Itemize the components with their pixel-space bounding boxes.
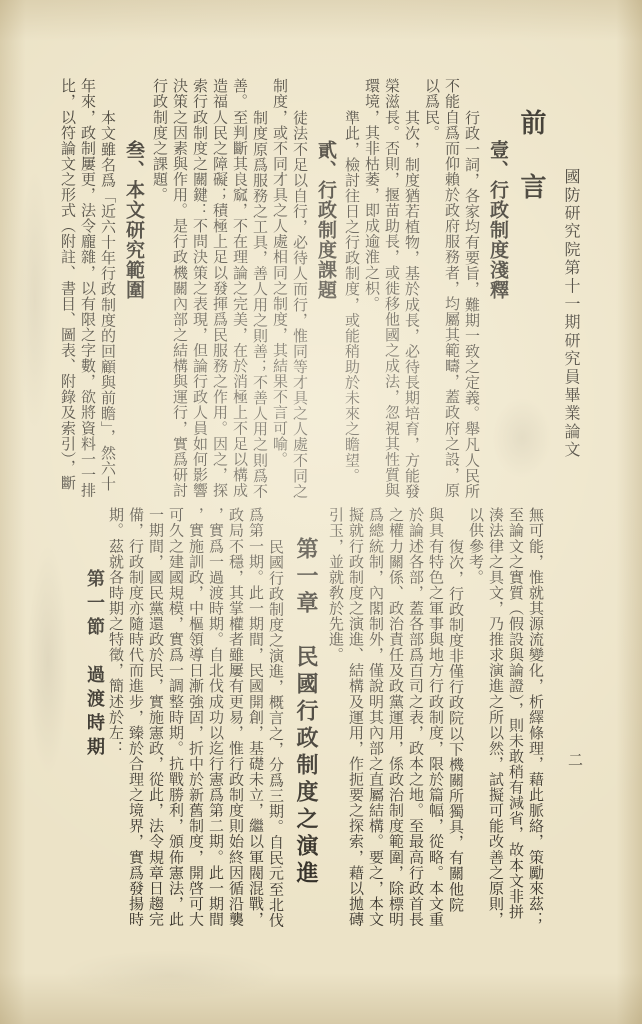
text-column: 引玉，並就敎於先進。	[326, 507, 346, 936]
text-column: 至論文之實質（假設與論證），則未敢稍有減省，故本文非拼	[506, 507, 526, 936]
text-column: 環境，其非枯萎，即成逾淮之枳。	[362, 78, 382, 499]
text-column: 復次，行政制度非僅行政院以下機關所獨具，有關他院	[446, 507, 466, 936]
text-column: ，實爲一過渡時期。自北伐成功以迄行憲爲第二期。此一期間	[206, 507, 226, 936]
text-column: 制度，或不同才具之人處相同之制度，其結果不言可喻。	[270, 78, 290, 499]
text-column: 其次，制度猶若植物，基於成長，必待長期培育，方能發	[402, 78, 422, 499]
text-column: 行政制度之課題。	[150, 78, 170, 499]
scanned-thesis-page: 國防研究院第十一期研究員畢業論文 二 前 言 壹、行政制度淺釋 行政一詞，各家均…	[0, 0, 642, 1024]
bleedthrough-smudge	[28, 545, 68, 775]
journal-series-label: 國防研究院第十一期研究員畢業論文	[560, 168, 583, 459]
bleedthrough-smudge	[60, 950, 280, 1000]
chapter-heading: 第一章 民國行政制度之演進	[291, 507, 321, 936]
text-column: 備，行政制度亦隨時代而進步，臻於合理之境界，實爲發揚時	[126, 507, 146, 936]
text-column: 期。茲就各時期之特徵，簡述於左：	[106, 507, 126, 936]
text-column: 與具有特色之軍事與地方行政制度，限於篇幅，從略。本文重	[426, 507, 446, 936]
text-column: 之權力關係、政治責任及政黨運用，係政治制度範圍，除標明	[386, 507, 406, 936]
section-heading-1: 壹、行政制度淺釋	[486, 78, 510, 499]
text-column: 可久之建國規模，實爲一調整時期。抗戰勝利，頒佈憲法，此	[166, 507, 186, 936]
text-column: 於論述各部，蓋各部爲百司之表，政本之地。至最高行政首長	[406, 507, 426, 936]
text-column: 善。至判斷其良窳，不在理論之完美，在於消極上不足以構成	[230, 78, 250, 499]
text-column: 行政一詞，各家均有要旨，難期一致之定義。舉凡人民所	[462, 78, 482, 499]
section-heading-2: 貳、行政制度課題	[314, 78, 338, 499]
text-column: 以供參考。	[466, 507, 486, 936]
text-column: 民國行政制度之演進，概言之，分爲三期。自民元至北伐	[266, 507, 286, 936]
text-column: 政局不穩，其掌權者雖屢有更易，惟行政制度則始終因循沿襲	[226, 507, 246, 936]
text-column: 榮滋長。否則，揠苗助長，或徙移他國之成法，忽視其性質與	[382, 78, 402, 499]
bleedthrough-smudge	[18, 170, 52, 430]
text-column: 以爲民。	[422, 78, 442, 499]
preface-block: 前 言 壹、行政制度淺釋 行政一詞，各家均有要旨，難期一致之定義。舉凡人民所 不…	[58, 78, 546, 499]
text-column: 決策之因素與作用。是行政機關內部之結構與運行，實爲研討	[170, 78, 190, 499]
text-column: 不能自爲而仰賴於政府服務者，均屬其範疇，蓋政府之設，原	[442, 78, 462, 499]
text-column: 本文雖名爲「近六十年行政制度的回顧與前瞻」，然六十	[98, 78, 118, 499]
page-number: 二	[565, 752, 586, 768]
text-column: 湊法律之具文，乃推求演進之所以然，試擬可能改善之原則，	[486, 507, 506, 936]
text-column: 制度原爲服務之工具，善人用之則善；不善人用之則爲不	[250, 78, 270, 499]
text-column: 徒法不足以自行，必待人而行，惟同等才具之人處不同之	[290, 78, 310, 499]
chapter-block: 無可能，惟就其源流變化，析繹條理，藉此脈絡，策勵來茲； 至論文之實質（假設與論證…	[80, 507, 546, 936]
text-column: 準此，檢討往日之行政制度，或能稍助於未來之瞻望。	[342, 78, 362, 499]
text-column: 比，以符論文之形式（附註、書目、圖表、附錄及索引），斷	[58, 78, 78, 499]
text-column: 造福人民之障礙；積極上足以發揮爲民服務之作用。因之，探	[210, 78, 230, 499]
text-column: 擬就行政制度之演進、結構及運用，作扼要之探索，藉以拋磚	[346, 507, 366, 936]
text-column: 年來，政制屢更，法令龐雜，以有限之字數，欲將資料一一排	[78, 78, 98, 499]
text-column: 爲第一期。此一期間，民國開創，基礎未立，繼以軍閥混戰，	[246, 507, 266, 936]
text-column: 無可能，惟就其源流變化，析繹條理，藉此脈絡，策勵來茲；	[526, 507, 546, 936]
text-column: 爲總統制，內閣制外，僅說明其內部之直屬結構。要之，本文	[366, 507, 386, 936]
text-column: 一期間，國民黨還政於民，實施憲政，從此，法令規章日趨完	[146, 507, 166, 936]
section-heading-3: 叁、本文研究範圍	[122, 78, 146, 499]
text-column: 索行政制度之關鍵：不問決策之表現，但論行政人員如何影響	[190, 78, 210, 499]
subsection-heading: 第一節 過渡時期	[82, 507, 106, 936]
text-column: ，實施訓政，中樞領導日漸強固，折中於新舊制度，開啓可大	[186, 507, 206, 936]
preface-title: 前 言	[516, 78, 546, 499]
